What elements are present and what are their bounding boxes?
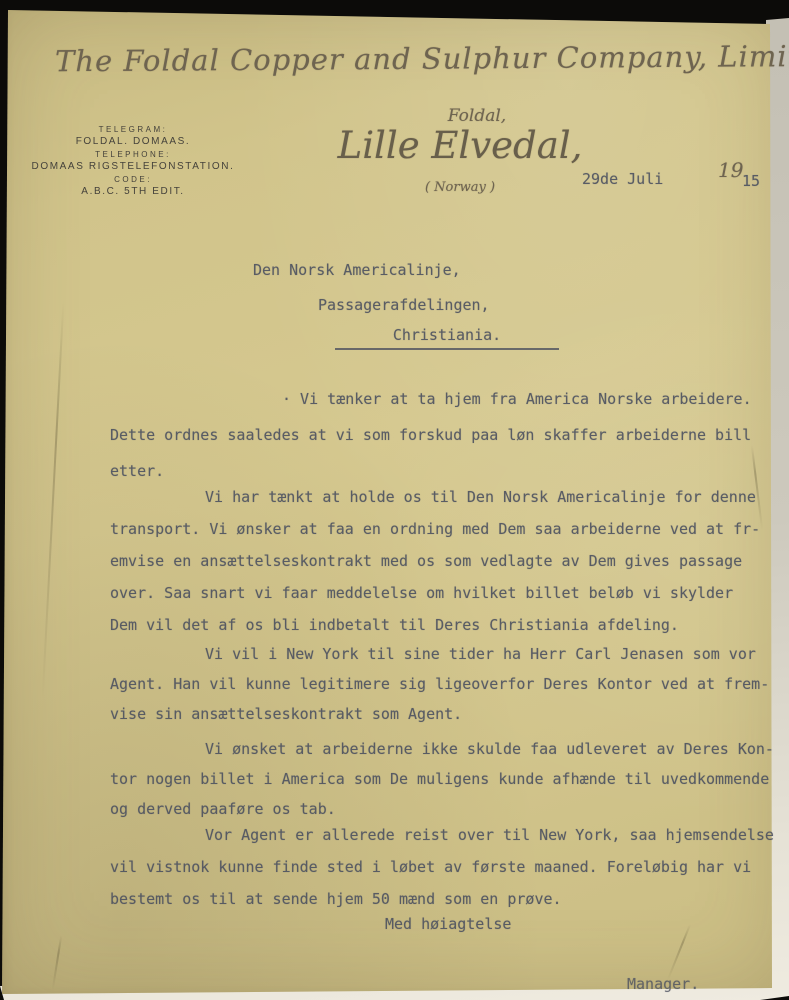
code-value: A.B.C. 5TH EDIT.: [28, 186, 238, 197]
body-line: tor nogen billet i America som De mulige…: [110, 764, 785, 794]
body-line: Agent. Han vil kunne legitimere sig lige…: [110, 669, 785, 699]
body-line: Dem vil det af os bli indbetalt til Dere…: [110, 609, 785, 641]
company-name: The Foldal Copper and Sulphur Company, L…: [55, 40, 715, 79]
year-typed: 15: [742, 172, 760, 190]
recipient-line-1: Den Norsk Americalinje,: [253, 261, 461, 279]
body-line: transport. Vi ønsker at faa en ordning m…: [110, 513, 785, 545]
letter-content: The Foldal Copper and Sulphur Company, L…: [0, 0, 789, 1000]
recipient-line-3: Christiania.: [335, 326, 559, 350]
body-line: emvise en ansættelseskontrakt med os som…: [110, 545, 785, 577]
body-line: Dette ordnes saaledes at vi som forskud …: [110, 417, 785, 453]
telegram-value: FOLDAL. DOMAAS.: [28, 136, 238, 147]
telegram-label: TELEGRAM:: [28, 125, 238, 134]
date-typed: 29de Juli: [582, 170, 663, 188]
telephone-value: DOMAAS RIGSTELEFONSTATION.: [28, 161, 238, 172]
body-line: vise sin ansættelseskontrakt som Agent.: [110, 699, 785, 729]
body-line: · Vi tænker at ta hjem fra America Norsk…: [110, 381, 785, 417]
body-paragraph-1: · Vi tænker at ta hjem fra America Norsk…: [110, 381, 785, 489]
body-line: Vor Agent er allerede reist over til New…: [110, 819, 785, 851]
body-paragraph-5: Vor Agent er allerede reist over til New…: [110, 819, 785, 915]
body-line: Vi har tænkt at holde os til Den Norsk A…: [110, 481, 785, 513]
body-line: Vi ønsket at arbeiderne ikke skulde faa …: [110, 734, 785, 764]
place-foldal: Foldal,: [392, 106, 562, 126]
signature-title: Manager.: [627, 975, 699, 993]
body-paragraph-3: Vi vil i New York til sine tider ha Herr…: [110, 639, 785, 729]
place-lille-elvedal: Lille Elvedal,: [330, 124, 590, 167]
year-printed: 19: [718, 158, 743, 182]
body-line: vil vistnok kunne finde sted i løbet av …: [110, 851, 785, 883]
valediction: Med høiagtelse: [385, 915, 511, 933]
recipient-line-2: Passagerafdelingen,: [318, 296, 490, 314]
place-norway: ( Norway ): [395, 180, 525, 195]
letter-photo: The Foldal Copper and Sulphur Company, L…: [0, 0, 789, 1000]
code-label: CODE:: [28, 175, 238, 184]
body-line: Vi vil i New York til sine tider ha Herr…: [110, 639, 785, 669]
body-line: bestemt os til at sende hjem 50 mænd som…: [110, 883, 785, 915]
body-line: over. Saa snart vi faar meddelelse om hv…: [110, 577, 785, 609]
contact-block: TELEGRAM: FOLDAL. DOMAAS. TELEPHONE: DOM…: [28, 122, 238, 197]
telephone-label: TELEPHONE:: [28, 150, 238, 159]
body-paragraph-2: Vi har tænkt at holde os til Den Norsk A…: [110, 481, 785, 641]
body-paragraph-4: Vi ønsket at arbeiderne ikke skulde faa …: [110, 734, 785, 824]
